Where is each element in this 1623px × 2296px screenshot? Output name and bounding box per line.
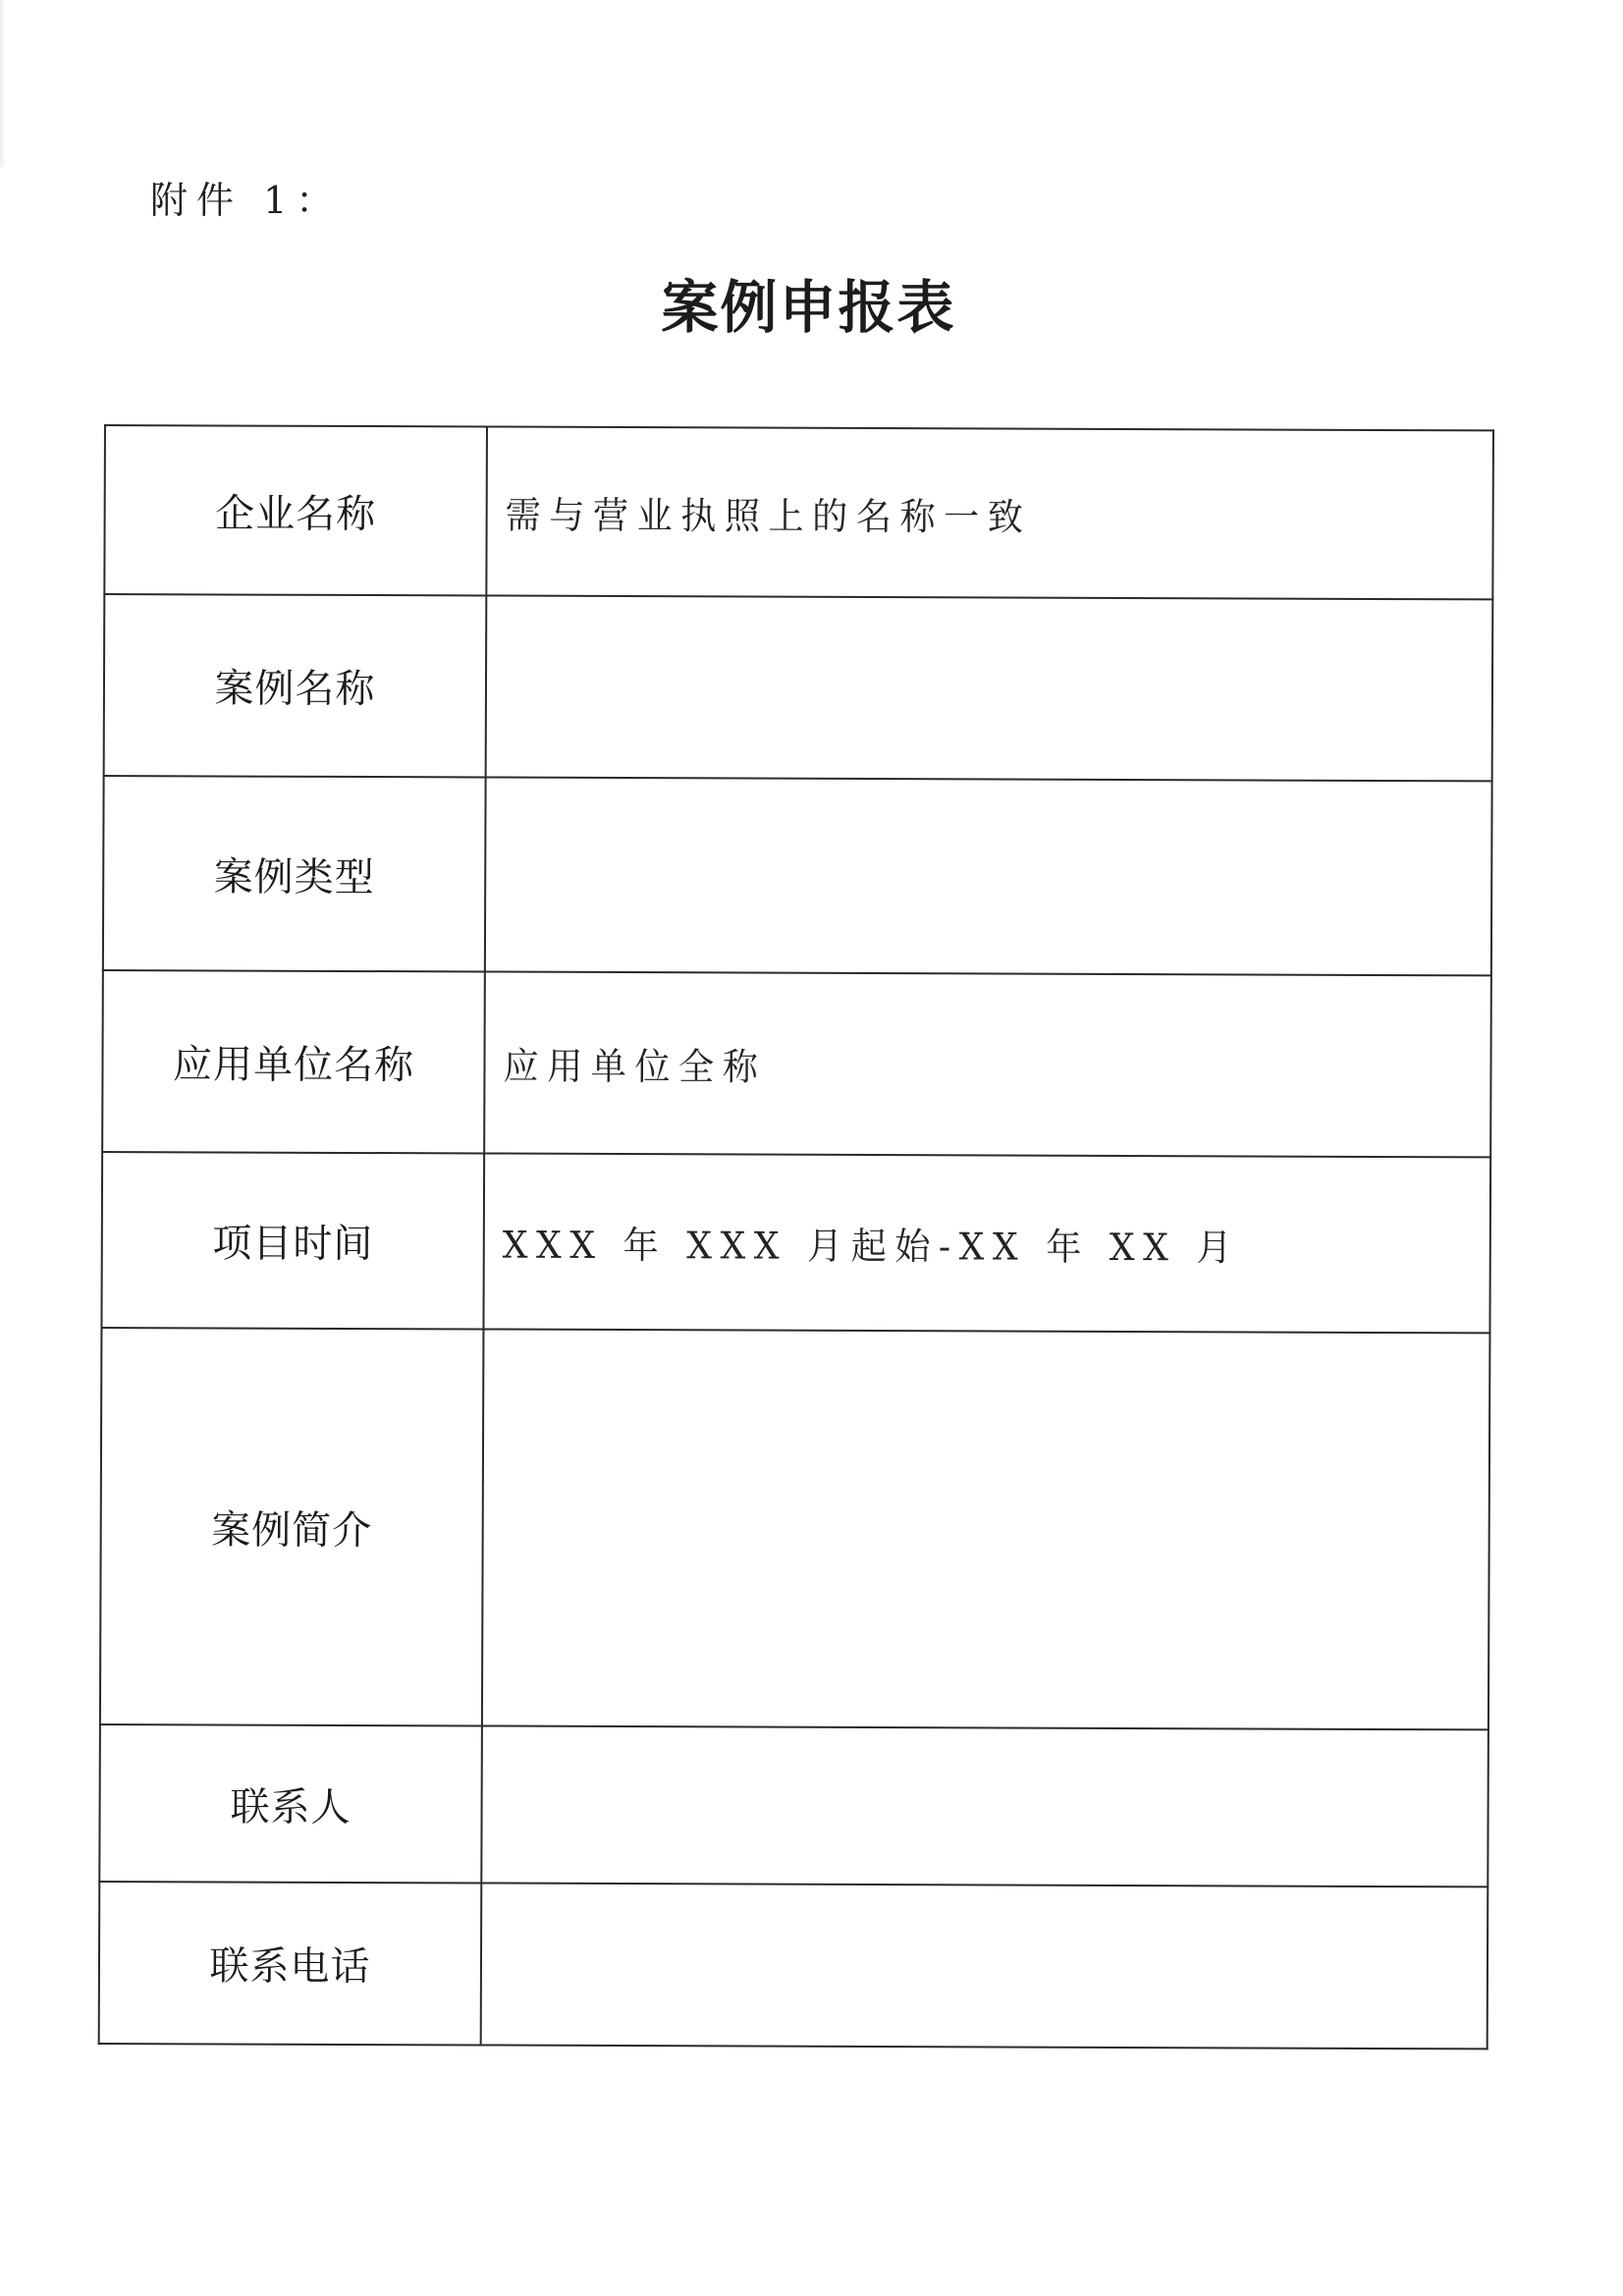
field-company-name-text: 需与营业执照上的名称一致 bbox=[506, 484, 1032, 540]
form-row-company-name: 企业名称 需与营业执照上的名称一致 bbox=[104, 425, 1493, 599]
field-project-period-text: XXX 年 XXX 月起始-XX 年 XX 月 bbox=[503, 1215, 1241, 1272]
label-case-type: 案例类型 bbox=[103, 776, 486, 971]
form-row-case-name: 案例名称 bbox=[104, 594, 1493, 781]
field-case-type[interactable] bbox=[485, 777, 1492, 975]
attachment-label: 附件 1： bbox=[150, 177, 342, 224]
application-form-table: 企业名称 需与营业执照上的名称一致 案例名称 案例类型 应用单位名称 应用单位全… bbox=[98, 424, 1494, 2050]
label-contact-phone: 联系电话 bbox=[99, 1882, 482, 2045]
label-case-name: 案例名称 bbox=[104, 594, 487, 777]
field-client-org-name-text: 应用单位全称 bbox=[503, 1036, 766, 1091]
form-row-case-summary: 案例简介 bbox=[100, 1328, 1490, 1729]
form-row-contact-person: 联系人 bbox=[99, 1724, 1488, 1886]
label-case-summary: 案例简介 bbox=[100, 1328, 484, 1725]
field-company-name[interactable]: 需与营业执照上的名称一致 bbox=[486, 426, 1493, 599]
page-title-text: 案例申报表 bbox=[661, 274, 955, 341]
label-company-name: 企业名称 bbox=[104, 425, 487, 595]
field-project-period[interactable]: XXX 年 XXX 月起始-XX 年 XX 月 bbox=[483, 1153, 1490, 1333]
form-row-client-org-name: 应用单位名称 应用单位全称 bbox=[102, 970, 1491, 1157]
field-client-org-name[interactable]: 应用单位全称 bbox=[484, 971, 1491, 1157]
label-client-org-name: 应用单位名称 bbox=[102, 970, 485, 1153]
field-contact-person[interactable] bbox=[481, 1725, 1488, 1886]
label-contact-person: 联系人 bbox=[99, 1724, 482, 1883]
form-row-contact-phone: 联系电话 bbox=[99, 1882, 1488, 2049]
form-row-case-type: 案例类型 bbox=[103, 776, 1492, 975]
page-title: 案例申报表 bbox=[0, 273, 1623, 342]
field-contact-phone[interactable] bbox=[481, 1883, 1488, 2049]
label-project-period: 项目时间 bbox=[101, 1152, 484, 1329]
scan-edge-artifact bbox=[0, 0, 6, 167]
form-row-project-period: 项目时间 XXX 年 XXX 月起始-XX 年 XX 月 bbox=[101, 1152, 1490, 1333]
field-case-name[interactable] bbox=[486, 595, 1493, 781]
field-case-summary[interactable] bbox=[482, 1329, 1490, 1729]
